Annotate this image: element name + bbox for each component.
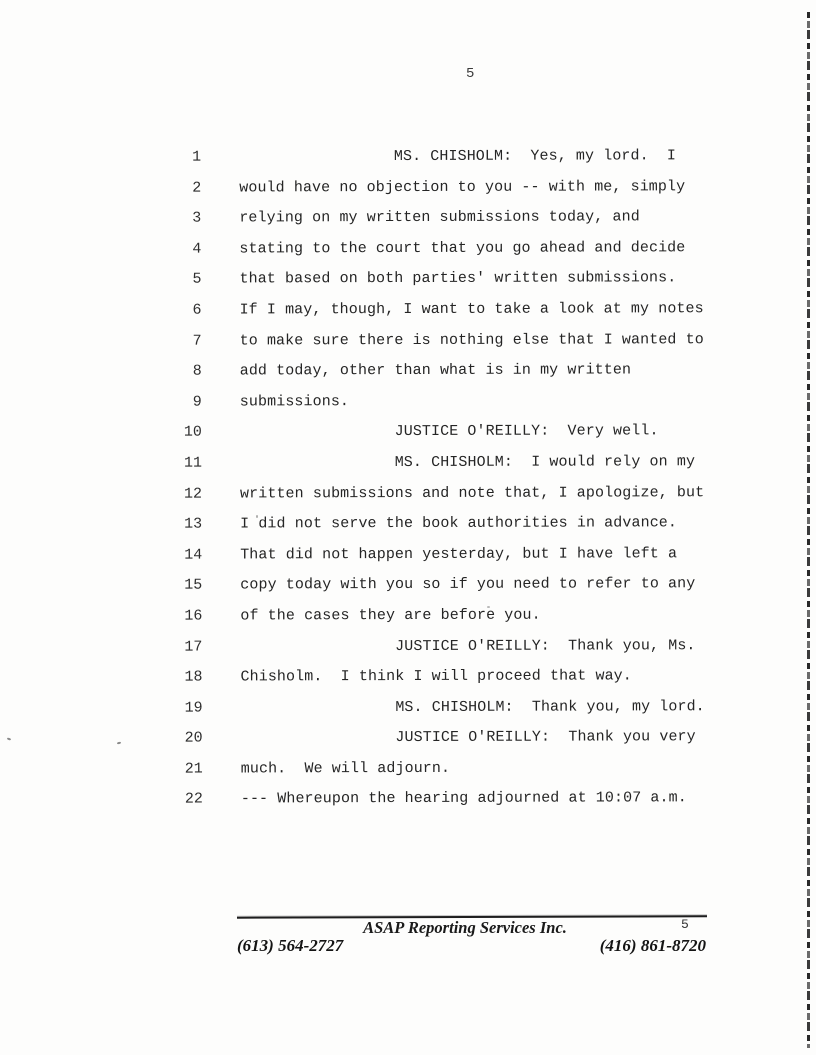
transcript-line: 15copy today with you so if you need to … xyxy=(0,569,816,602)
transcript-line: 4stating to the court that you go ahead … xyxy=(0,233,815,266)
line-text: If I may, though, I want to take a look … xyxy=(240,294,704,326)
line-number: 17 xyxy=(0,632,202,663)
transcript-line: 7to make sure there is nothing else that… xyxy=(0,324,816,357)
line-text: --- Whereupon the hearing adjourned at 1… xyxy=(241,784,687,816)
line-number: 6 xyxy=(0,296,202,327)
transcript-line: 3relying on my written submissions today… xyxy=(0,202,815,235)
line-number: 5 xyxy=(0,265,202,296)
line-number: 12 xyxy=(0,479,202,510)
line-text: that based on both parties' written subm… xyxy=(239,264,676,296)
line-number: 11 xyxy=(0,448,202,479)
line-number: 2 xyxy=(0,173,201,204)
line-text: much. We will adjourn. xyxy=(241,754,450,785)
line-text: copy today with you so if you need to re… xyxy=(240,570,695,602)
transcript-line: 21much. We will adjourn. xyxy=(1,753,816,786)
transcript-line: 16of the cases they are before you. xyxy=(0,600,816,633)
line-text: relying on my written submissions today,… xyxy=(239,203,640,235)
footer-phone-toronto: (416) 861-8720 xyxy=(600,936,706,956)
transcript-line: 22--- Whereupon the hearing adjourned at… xyxy=(1,783,816,816)
transcript-line: 1 MS. CHISHOLM: Yes, my lord. I xyxy=(0,141,815,174)
transcript-line: 20 JUSTICE O'REILLY: Thank you very xyxy=(1,722,816,755)
line-text: submissions. xyxy=(240,387,349,418)
line-text: MS. CHISHOLM: Yes, my lord. I xyxy=(239,141,676,173)
line-number: 18 xyxy=(0,663,202,694)
line-text: JUSTICE O'REILLY: Thank you, Ms. xyxy=(240,631,695,663)
line-text: That did not happen yesterday, but I hav… xyxy=(240,539,677,571)
line-number: 1 xyxy=(0,143,201,174)
line-number: 3 xyxy=(0,204,201,235)
line-number: 15 xyxy=(0,571,202,602)
line-text: JUSTICE O'REILLY: Very well. xyxy=(240,417,659,449)
footer-phone-ottawa: (613) 564-2727 xyxy=(237,936,343,956)
footer-company-name: ASAP Reporting Services Inc. xyxy=(230,918,700,938)
line-text: I did not serve the book authorities in … xyxy=(240,508,677,540)
line-text: MS. CHISHOLM: I would rely on my xyxy=(240,447,695,479)
transcript-line: 8add today, other than what is in my wri… xyxy=(0,355,816,388)
line-text: written submissions and note that, I apo… xyxy=(240,478,704,510)
line-text: MS. CHISHOLM: Thank you, my lord. xyxy=(241,692,705,724)
transcript-line: 19 MS. CHISHOLM: Thank you, my lord. xyxy=(1,692,816,725)
line-number: 14 xyxy=(0,540,202,571)
transcript-page: 5 1 MS. CHISHOLM: Yes, my lord. I2would … xyxy=(0,0,816,1055)
line-number: 4 xyxy=(0,234,201,265)
transcript-line: 9submissions. xyxy=(0,386,816,419)
line-text: Chisholm. I think I will proceed that wa… xyxy=(240,662,631,694)
line-number: 19 xyxy=(1,693,203,724)
line-text: add today, other than what is in my writ… xyxy=(240,356,631,388)
transcript-line: 10 JUSTICE O'REILLY: Very well. xyxy=(0,416,816,449)
line-text: stating to the court that you go ahead a… xyxy=(239,233,685,265)
scan-speck xyxy=(256,515,258,518)
line-number: 10 xyxy=(0,418,202,449)
transcript-line: 13I did not serve the book authorities i… xyxy=(0,508,816,541)
transcript-line: 12written submissions and note that, I a… xyxy=(0,477,816,510)
transcript-line: 2would have no objection to you -- with … xyxy=(0,172,815,205)
line-number: 13 xyxy=(0,510,202,541)
line-number: 16 xyxy=(0,601,202,632)
scan-artifact-edge-line xyxy=(807,12,810,1048)
transcript-line: 11 MS. CHISHOLM: I would rely on my xyxy=(0,447,816,480)
line-number: 7 xyxy=(0,326,202,357)
line-text: would have no objection to you -- with m… xyxy=(239,172,685,204)
transcript-line: 14That did not happen yesterday, but I h… xyxy=(0,539,816,572)
page-number-footer: 5 xyxy=(681,917,689,932)
transcript-line: 18Chisholm. I think I will proceed that … xyxy=(0,661,816,694)
line-text: JUSTICE O'REILLY: Thank you very xyxy=(241,723,696,755)
line-number: 22 xyxy=(1,785,203,816)
line-number: 21 xyxy=(1,754,203,785)
transcript-line: 5that based on both parties' written sub… xyxy=(0,263,816,296)
page-number-top: 5 xyxy=(466,66,474,82)
transcript-line: 6If I may, though, I want to take a look… xyxy=(0,294,816,327)
line-text: of the cases they are before you. xyxy=(240,601,540,632)
transcript-body: 1 MS. CHISHOLM: Yes, my lord. I2would ha… xyxy=(0,141,816,816)
transcript-line: 17 JUSTICE O'REILLY: Thank you, Ms. xyxy=(0,630,816,663)
scan-speck xyxy=(487,606,490,608)
line-text: to make sure there is nothing else that … xyxy=(240,325,704,357)
line-number: 8 xyxy=(0,357,202,388)
line-number: 9 xyxy=(0,387,202,418)
line-number: 20 xyxy=(1,724,203,755)
